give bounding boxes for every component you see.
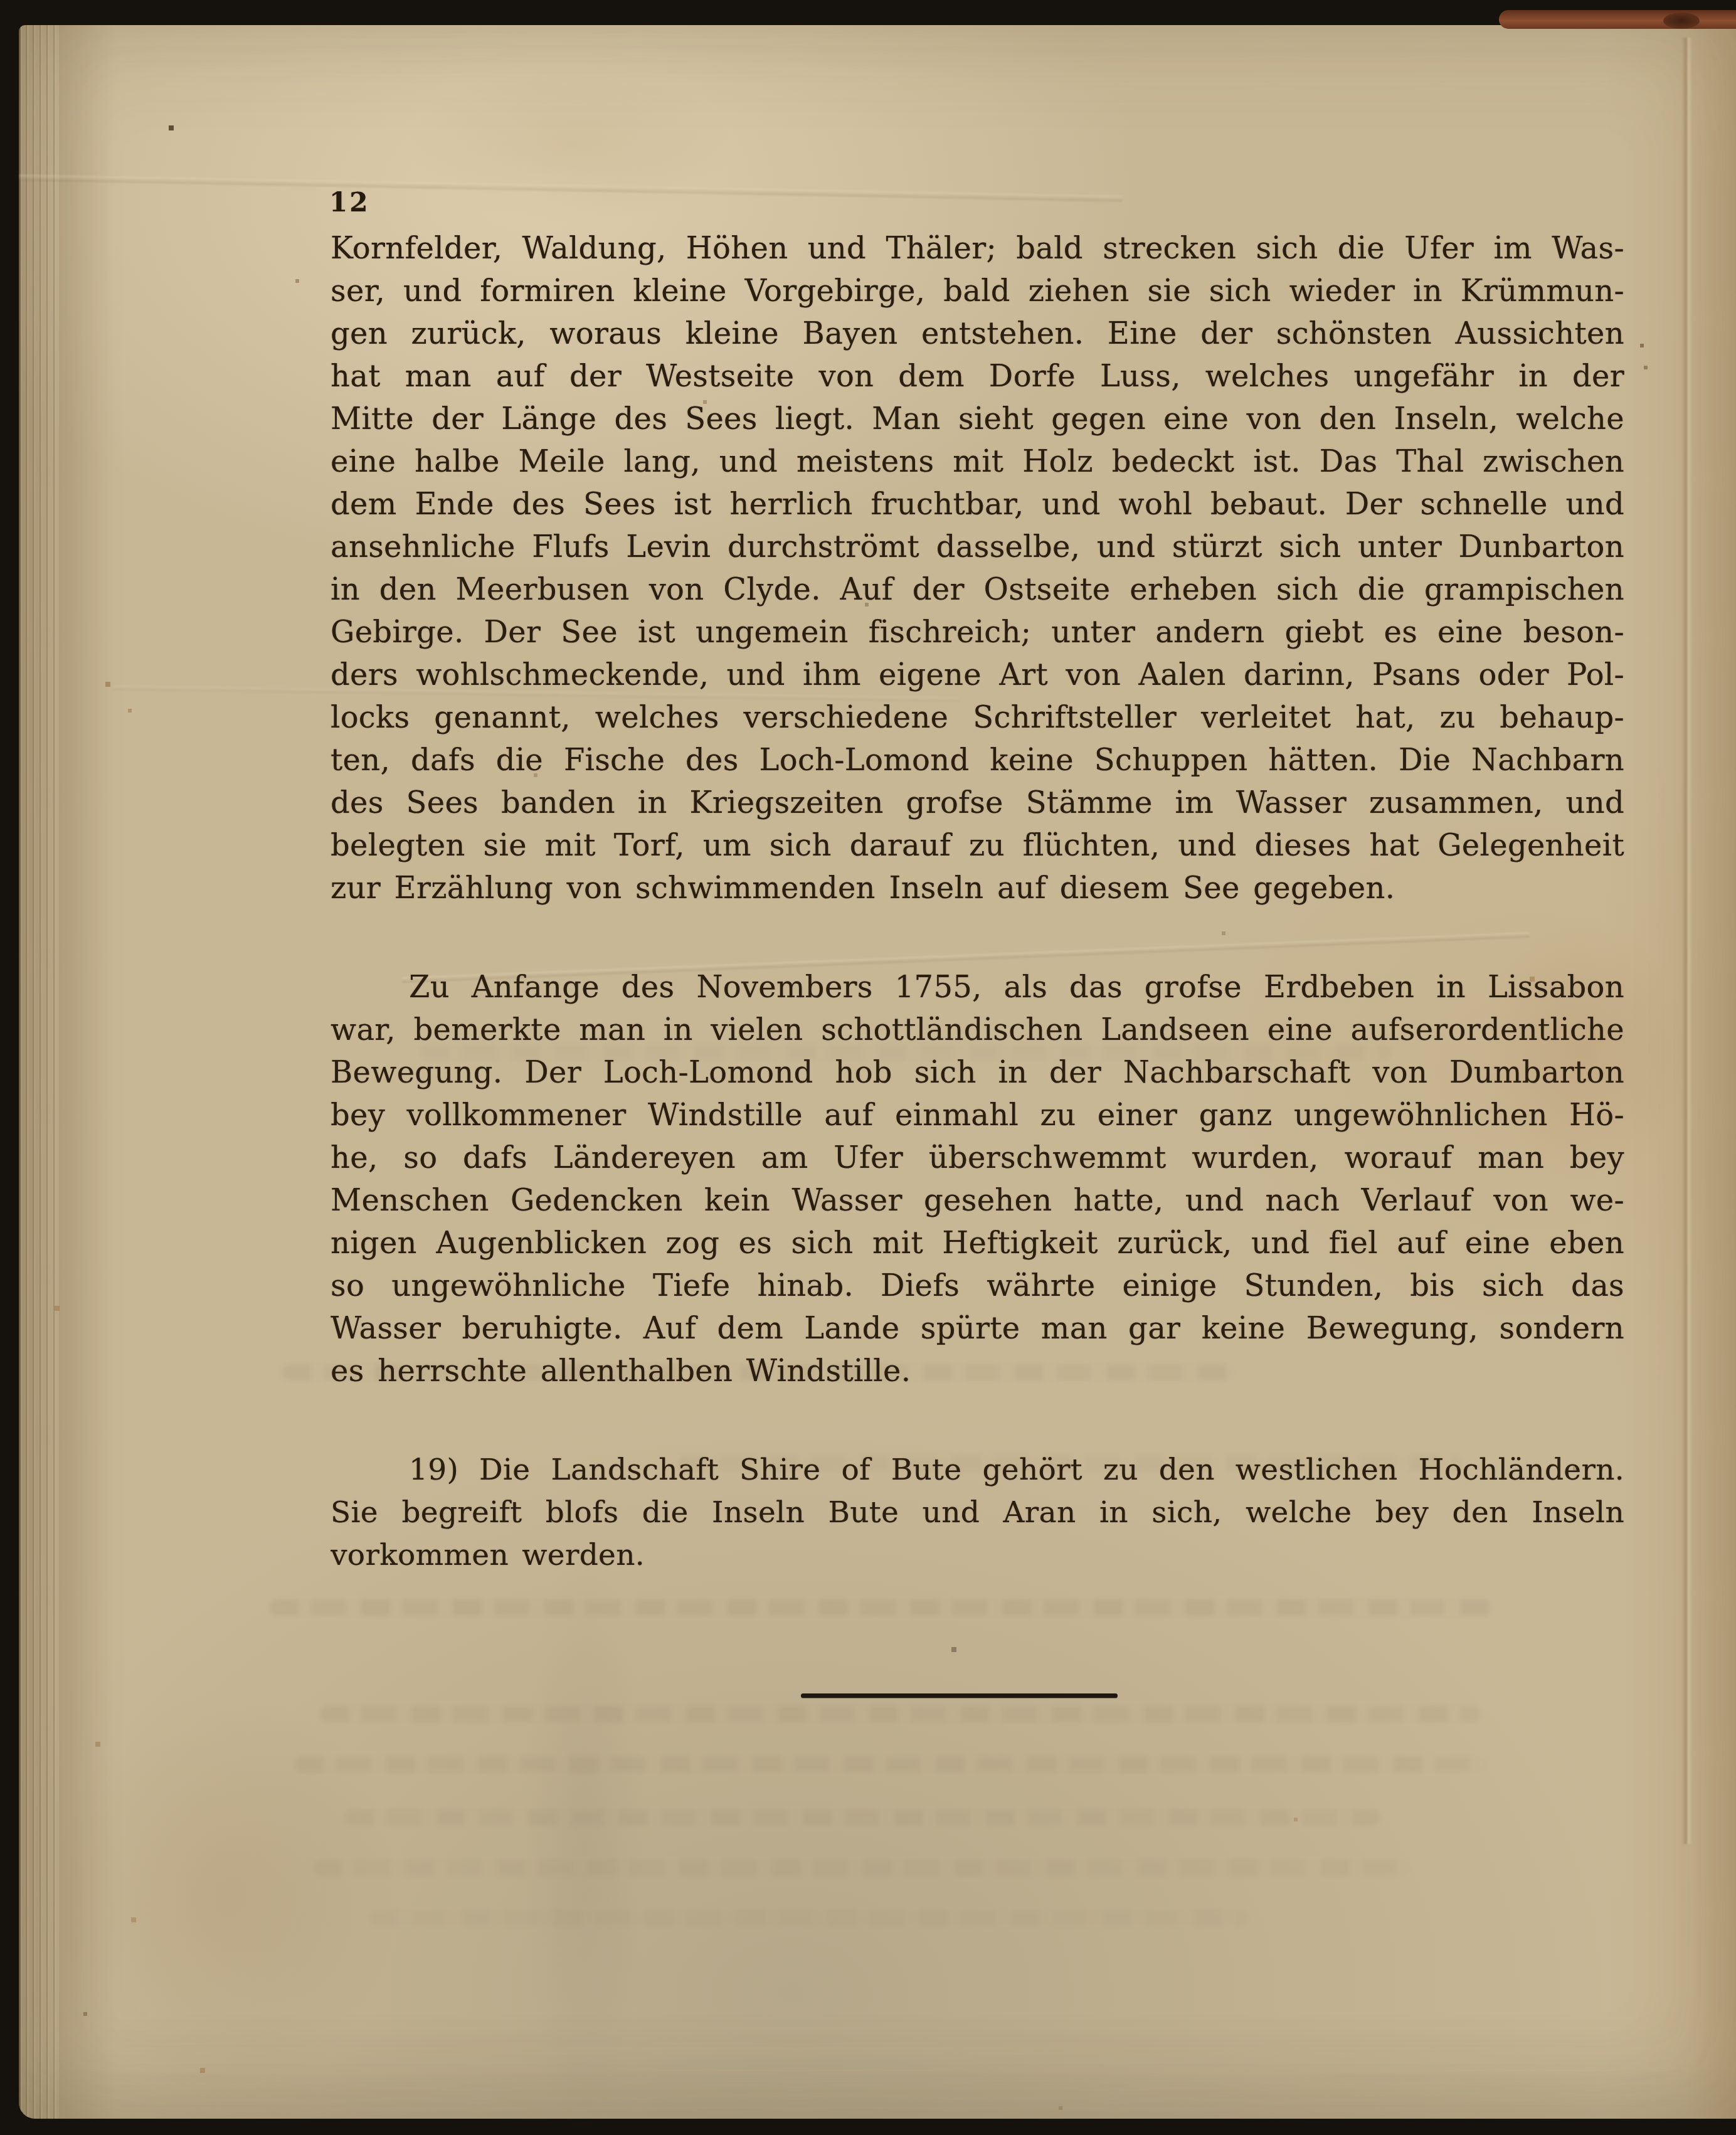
text-line: Menschen Gedencken kein Wasser gesehen h… (331, 1179, 1624, 1222)
text-line: ser, und formiren kleine Vorgebirge, bal… (331, 270, 1624, 312)
scan-background: { "colors": { "scan_background": "#15110… (0, 0, 1736, 2135)
text-line: Sie begreift blofs die Inseln Bute und A… (331, 1491, 1624, 1534)
text-line: Gebirge. Der See ist ungemein fischreich… (331, 611, 1624, 654)
text-line: des Sees banden in Kriegszeiten grofse S… (331, 781, 1624, 824)
showthrough-text (295, 1756, 1486, 1772)
page-number: 12 (329, 187, 369, 218)
showthrough-text (314, 1860, 1411, 1876)
book-binding-edge (1663, 13, 1700, 29)
text-line: Mitte der Länge des Sees liegt. Man sieh… (331, 398, 1624, 440)
paragraph-loch-lomond: Kornfelder, Waldung, Höhen und Thäler; b… (331, 227, 1624, 909)
text-line: es herrschte allenthalben Windstille. (331, 1350, 1624, 1392)
text-line: belegten sie mit Torf, um sich darauf zu… (331, 824, 1624, 867)
showthrough-text (320, 1706, 1480, 1722)
footnote-19: 19) Die Landschaft Shire of Bute gehört … (331, 1449, 1624, 1577)
text-line: 19) Die Landschaft Shire of Bute gehört … (331, 1449, 1624, 1491)
text-line: ansehnliche Flufs Levin durchströmt dass… (331, 526, 1624, 568)
paper-stain (50, 1687, 401, 2101)
paper-crease (1682, 38, 1692, 1844)
text-line: Wasser beruhigte. Auf dem Lande spürte m… (331, 1307, 1624, 1350)
text-line: nigen Augenblicken zog es sich mit Hefti… (331, 1222, 1624, 1264)
text-line: so ungewöhnliche Tiefe hinab. Diefs währ… (331, 1264, 1624, 1307)
text-line: vorkommen werden. (331, 1534, 1624, 1577)
text-line: bey vollkommener Windstille auf einmahl … (331, 1094, 1624, 1136)
text-line: Bewegung. Der Loch-Lomond hob sich in de… (331, 1051, 1624, 1094)
text-line: eine halbe Meile lang, und meistens mit … (331, 440, 1624, 483)
section-divider-rule (801, 1693, 1118, 1698)
text-line: war, bemerkte man in vielen schottländis… (331, 1009, 1624, 1051)
book-page: 12 Kornfelder, Waldung, Höhen und Thäler… (19, 25, 1736, 2119)
text-line: he, so dafs Ländereyen am Ufer überschwe… (331, 1136, 1624, 1179)
text-block: Kornfelder, Waldung, Höhen und Thäler; b… (331, 227, 1624, 1698)
showthrough-text (345, 1809, 1380, 1826)
page-edge-stack (19, 25, 59, 2119)
book-binding-edge (1499, 10, 1736, 29)
paper-stain (408, 63, 734, 226)
text-line: dem Ende des Sees ist herrlich fruchtbar… (331, 483, 1624, 526)
text-line: ders wohlschmeckende, und ihm eigene Art… (331, 654, 1624, 696)
text-line: gen zurück, woraus kleine Bayen entstehe… (331, 312, 1624, 355)
text-line: in den Meerbusen von Clyde. Auf der Osts… (331, 568, 1624, 611)
showthrough-text (370, 1910, 1248, 1926)
text-line: Zu Anfange des Novembers 1755, als das g… (331, 966, 1624, 1009)
text-line: Kornfelder, Waldung, Höhen und Thäler; b… (331, 227, 1624, 270)
paragraph-earthquake-1755: Zu Anfange des Novembers 1755, als das g… (331, 966, 1624, 1392)
text-line: locks genannt, welches verschiedene Schr… (331, 696, 1624, 739)
text-line: zur Erzählung von schwimmenden Inseln au… (331, 867, 1624, 909)
text-line: hat man auf der Westseite von dem Dorfe … (331, 355, 1624, 398)
paper-specks (19, 25, 20, 26)
text-line: ten, dafs die Fische des Loch-Lomond kei… (331, 739, 1624, 781)
